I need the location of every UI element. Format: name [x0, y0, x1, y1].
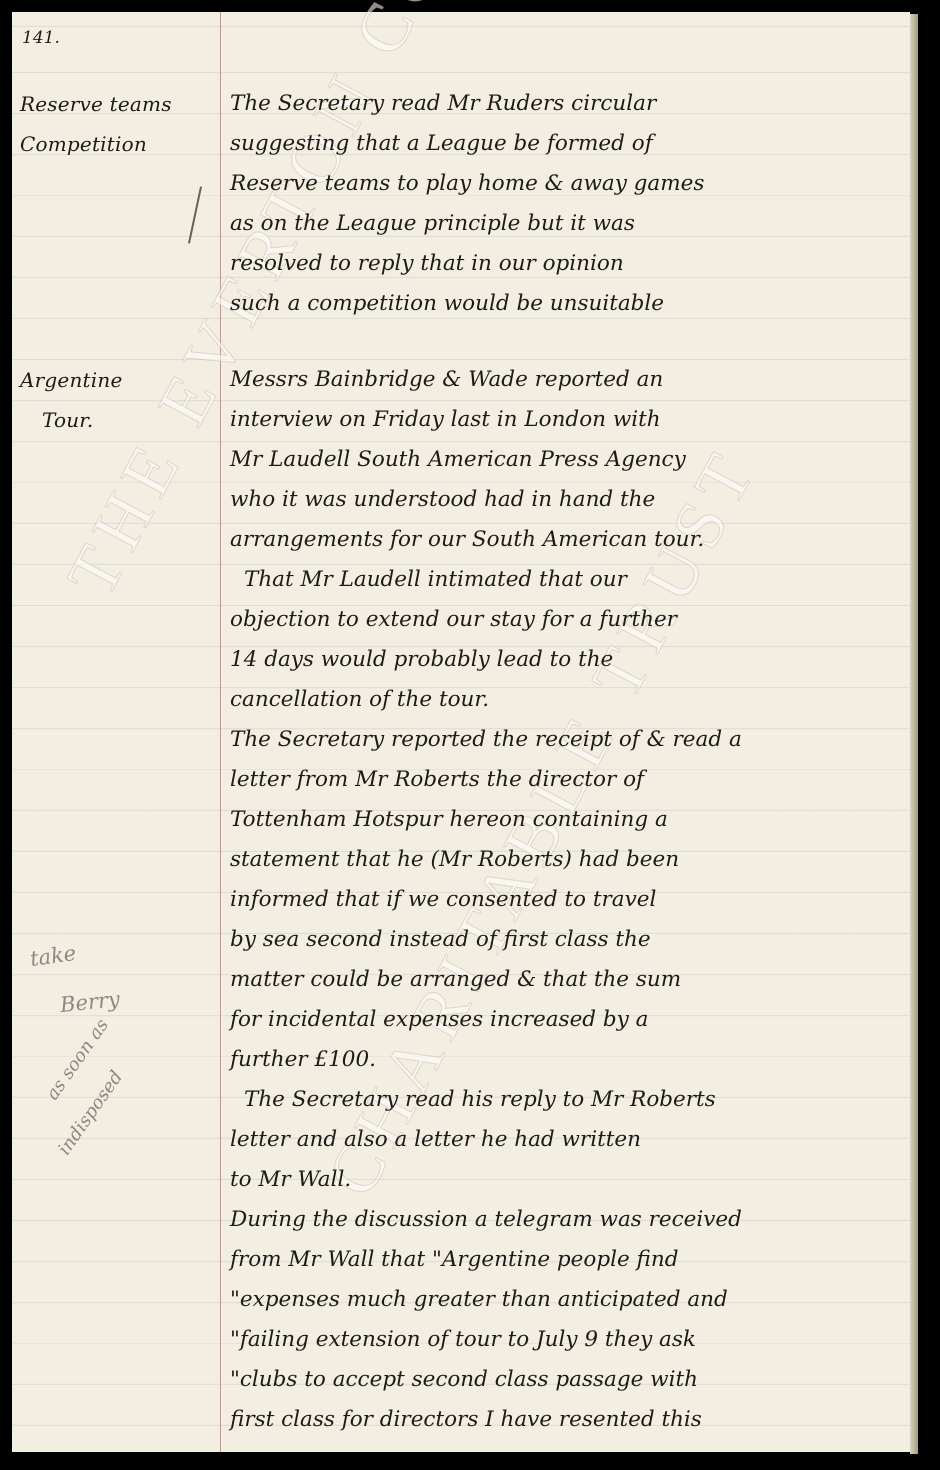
- text-line: cancellation of the tour.: [230, 680, 890, 720]
- text-line: "failing extension of tour to July 9 the…: [230, 1320, 890, 1360]
- pencil-note: Berry: [59, 987, 121, 1017]
- pencil-note: take: [29, 941, 78, 971]
- margin-heading-reserve-teams: Reserve teams Competition: [20, 84, 172, 164]
- text-line: as on the League principle but it was: [230, 204, 890, 244]
- ledger-page: 141. THE EVERTON COLLECTION CHARITABLE T…: [12, 12, 910, 1452]
- text-line: The Secretary reported the receipt of & …: [230, 720, 890, 760]
- text-line: Tottenham Hotspur hereon containing a: [230, 800, 890, 840]
- text-line: letter and also a letter he had written: [230, 1120, 890, 1160]
- text-line: objection to extend our stay for a furth…: [230, 600, 890, 640]
- text-line: interview on Friday last in London with: [230, 400, 890, 440]
- text-line: who it was understood had in hand the: [230, 480, 890, 520]
- minute-argentine-tour: Messrs Bainbridge & Wade reported an int…: [230, 360, 890, 1440]
- text-line: "clubs to accept second class passage wi…: [230, 1360, 890, 1400]
- text-line: Mr Laudell South American Press Agency: [230, 440, 890, 480]
- text-line: further £100.: [230, 1040, 890, 1080]
- text-line: suggesting that a League be formed of: [230, 124, 890, 164]
- text-line: During the discussion a telegram was rec…: [230, 1200, 890, 1240]
- margin-rule: [220, 12, 221, 1452]
- text-line: "expenses much greater than anticipated …: [230, 1280, 890, 1320]
- text-line: matter could be arranged & that the sum: [230, 960, 890, 1000]
- text-line: resolved to reply that in our opinion: [230, 244, 890, 284]
- text-line: arrangements for our South American tour…: [230, 520, 890, 560]
- text-line: letter from Mr Roberts the director of: [230, 760, 890, 800]
- text-line: The Secretary read his reply to Mr Rober…: [230, 1080, 890, 1120]
- text-line: such a competition would be unsuitable: [230, 284, 890, 324]
- minute-reserve-teams: The Secretary read Mr Ruders circular su…: [230, 84, 890, 324]
- page-edge: [910, 14, 918, 1454]
- text-line: first class for directors I have resente…: [230, 1400, 890, 1440]
- check-mark-icon: [188, 186, 202, 243]
- text-line: by sea second instead of first class the: [230, 920, 890, 960]
- text-line: Messrs Bainbridge & Wade reported an: [230, 360, 890, 400]
- page-number: 141.: [22, 28, 60, 48]
- text-line: That Mr Laudell intimated that our: [230, 560, 890, 600]
- text-line: informed that if we consented to travel: [230, 880, 890, 920]
- margin-heading-argentine-tour: Argentine Tour.: [20, 360, 122, 440]
- text-line: 14 days would probably lead to the: [230, 640, 890, 680]
- text-line: statement that he (Mr Roberts) had been: [230, 840, 890, 880]
- text-line: Reserve teams to play home & away games: [230, 164, 890, 204]
- text-line: to Mr Wall.: [230, 1160, 890, 1200]
- text-line: for incidental expenses increased by a: [230, 1000, 890, 1040]
- text-line: The Secretary read Mr Ruders circular: [230, 84, 890, 124]
- text-line: from Mr Wall that "Argentine people find: [230, 1240, 890, 1280]
